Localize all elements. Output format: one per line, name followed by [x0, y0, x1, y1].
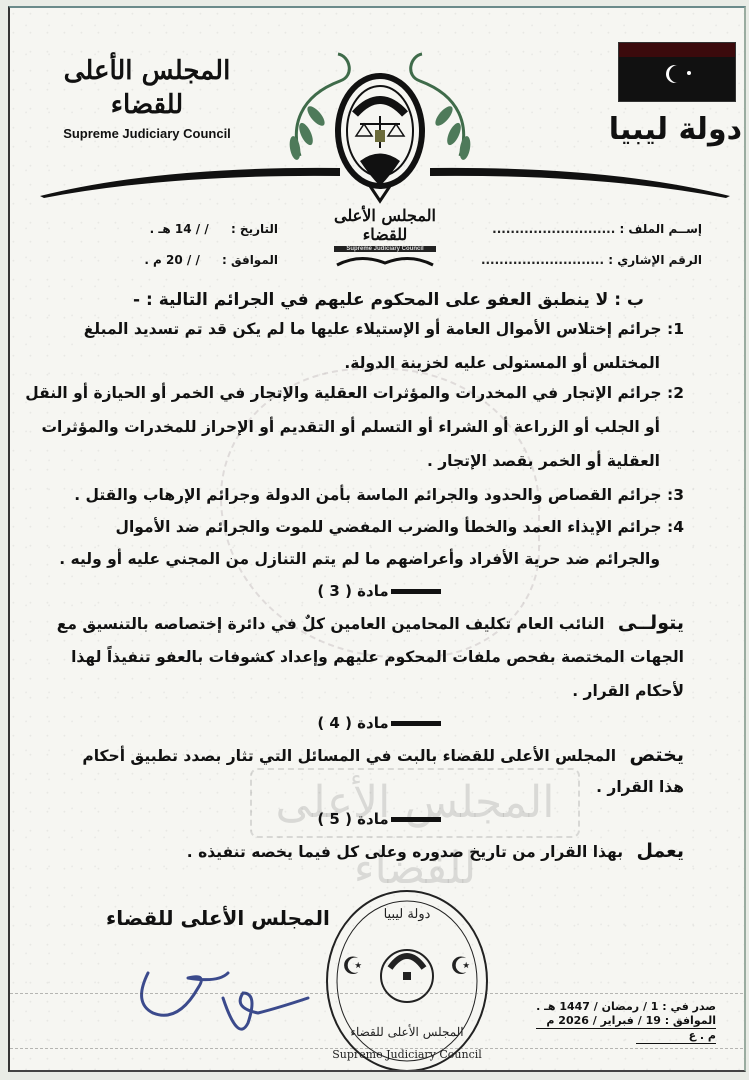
article-3-line-3: لأحكام القرار .: [572, 682, 684, 700]
exclusion-item-1: 1: جرائم إختلاس الأموال العامة أو الإستي…: [84, 320, 684, 338]
decree-page: المجلس الأعلى للقضاء Supreme Judiciary C…: [8, 6, 746, 1072]
council-logo-english: Supreme Judiciary Council: [42, 126, 252, 141]
exclusion-item-4-cont: والجرائم ضد حرية الأفراد وأعراضهم ما لم …: [59, 550, 660, 568]
flag-red-stripe: [619, 43, 735, 57]
article-4-line-1: يختص المجلس الأعلى للقضاء بالبت في المسا…: [82, 744, 684, 766]
item-number: 1:: [667, 320, 684, 338]
exclusion-item-4: 4: جرائم الإيذاء العمد والخطأ والضرب الم…: [116, 518, 684, 536]
state-name: دولة ليبيا: [600, 112, 742, 147]
title-underline-bar: [391, 589, 441, 594]
item-text: جرائم الإيذاء العمد والخطأ والضرب المفضي…: [116, 518, 662, 536]
article-4-line-2: هذا القرار .: [596, 778, 684, 796]
exclusion-item-3: 3: جرائم القصاص والحدود والجرائم الماسة …: [74, 486, 684, 504]
section-b-heading: ب : لا ينطبق العفو على المحكوم عليهم في …: [133, 290, 644, 310]
title-underline-bar: [391, 721, 441, 726]
hijri-date-value: / / 14 هـ .: [150, 222, 209, 236]
official-seal-stamp: دولة ليبيا ☪ ☪ المجلس الأعلى للقضاء Supr…: [322, 886, 492, 1072]
issued-date-hijri: صدر في : 1 / رمضان / 1447 هـ .: [536, 1000, 716, 1014]
article-word: مادة: [357, 714, 388, 732]
scan-artifact-line: [10, 993, 746, 994]
article-5-line-1: يعمل بهذا القرار من تاريخ صدوره وعلى كل …: [187, 840, 684, 862]
exclusion-item-2-cont-2: العقلية أو الخمر بقصد الإتجار .: [427, 452, 660, 470]
stamp-english-text: Supreme Judiciary Council: [332, 1048, 482, 1061]
article-4-lead: يختص: [629, 744, 684, 766]
item-text: جرائم الإتجار في المخدرات والمؤثرات العق…: [25, 384, 661, 402]
handwritten-signature: [128, 953, 318, 1048]
gregorian-date-label: الموافق :: [222, 253, 278, 267]
crescent-left-icon: ☪: [342, 952, 364, 980]
item-number: 4:: [667, 518, 684, 536]
title-underline-bar: [391, 817, 441, 822]
article-word: مادة: [357, 810, 388, 828]
issued-date-gregorian: الموافق : 19 / فبراير / 2026 م: [536, 1014, 716, 1029]
article-3-lead: يتولــى: [618, 612, 684, 634]
hijri-date-label: التاريخ :: [231, 222, 278, 236]
item-text: جرائم إختلاس الأموال العامة أو الإستيلاء…: [84, 320, 662, 338]
crescent-right-icon: ☪: [450, 952, 472, 980]
article-text: بهذا القرار من تاريخ صدوره وعلى كل فيما …: [187, 843, 623, 861]
issue-info: صدر في : 1 / رمضان / 1447 هـ . الموافق :…: [536, 1000, 716, 1044]
article-number: ( 3 ): [317, 582, 352, 600]
exclusion-item-2-cont-1: أو الجلب أو الزراعة أو الشراء أو التسلم …: [41, 418, 660, 436]
stamp-top-text: دولة ليبيا: [384, 907, 431, 922]
article-text: المجلس الأعلى للقضاء بالبت في المسائل ال…: [82, 747, 616, 765]
gregorian-date-field: الموافق : / / 20 م .: [48, 253, 278, 267]
ref-number-value: ...........................: [481, 253, 604, 267]
star-icon: [687, 71, 691, 75]
ref-number-field: الرقم الإشاري : ........................…: [481, 253, 702, 267]
header-arc-right: [430, 158, 730, 198]
ref-number-label: الرقم الإشاري :: [608, 253, 702, 267]
article-number: ( 4 ): [317, 714, 352, 732]
crescent-icon: [669, 65, 687, 83]
council-signature-title: المجلس الأعلى للقضاء: [106, 906, 330, 930]
exclusion-item-2: 2: جرائم الإتجار في المخدرات والمؤثرات ا…: [25, 384, 684, 402]
council-logo-block: المجلس الأعلى للقضاء Supreme Judiciary C…: [42, 54, 252, 141]
libya-flag-icon: [618, 42, 736, 102]
sub-logo-english: Supreme Judiciary Council: [334, 246, 436, 252]
article-number: ( 5 ): [317, 810, 352, 828]
article-5-title: مادة ( 5 ): [10, 810, 746, 828]
file-name-field: إســم الملف : ..........................…: [492, 222, 702, 236]
article-3-line-1: يتولــى النائب العام تكليف المحامين العا…: [57, 612, 684, 634]
item-text: جرائم القصاص والحدود والجرائم الماسة بأم…: [74, 486, 661, 504]
scan-artifact-line: [10, 1048, 746, 1049]
article-5-lead: يعمل: [636, 840, 684, 862]
initials: م . ع: [636, 1029, 716, 1044]
stamp-arabic-text: المجلس الأعلى للقضاء: [350, 1024, 463, 1039]
gregorian-date-value: / / 20 م .: [144, 253, 200, 267]
article-3-title: مادة ( 3 ): [10, 582, 746, 600]
item-number: 3:: [667, 486, 684, 504]
article-4-title: مادة ( 4 ): [10, 714, 746, 732]
book-ornament-icon: [335, 253, 435, 267]
article-3-line-2: الجهات المختصة بفحص ملفات المحكوم عليهم …: [71, 648, 684, 666]
exclusion-item-1-cont: المختلس أو المستولى عليه لخزينة الدولة.: [344, 354, 660, 372]
file-name-value: ...........................: [492, 222, 615, 236]
item-number: 2:: [667, 384, 684, 402]
header-arc-left: [40, 158, 340, 198]
file-name-label: إســم الملف :: [619, 222, 702, 236]
article-text: النائب العام تكليف المحامين العامين كلٌ …: [57, 615, 605, 633]
council-logo-arabic: المجلس الأعلى للقضاء: [42, 54, 252, 122]
article-word: مادة: [357, 582, 388, 600]
sub-logo-arabic: المجلس الأعلى للقضاء: [320, 206, 450, 244]
hijri-date-field: التاريخ : / / 14 هـ .: [48, 222, 278, 236]
sub-logo: المجلس الأعلى للقضاء Supreme Judiciary C…: [320, 206, 450, 271]
